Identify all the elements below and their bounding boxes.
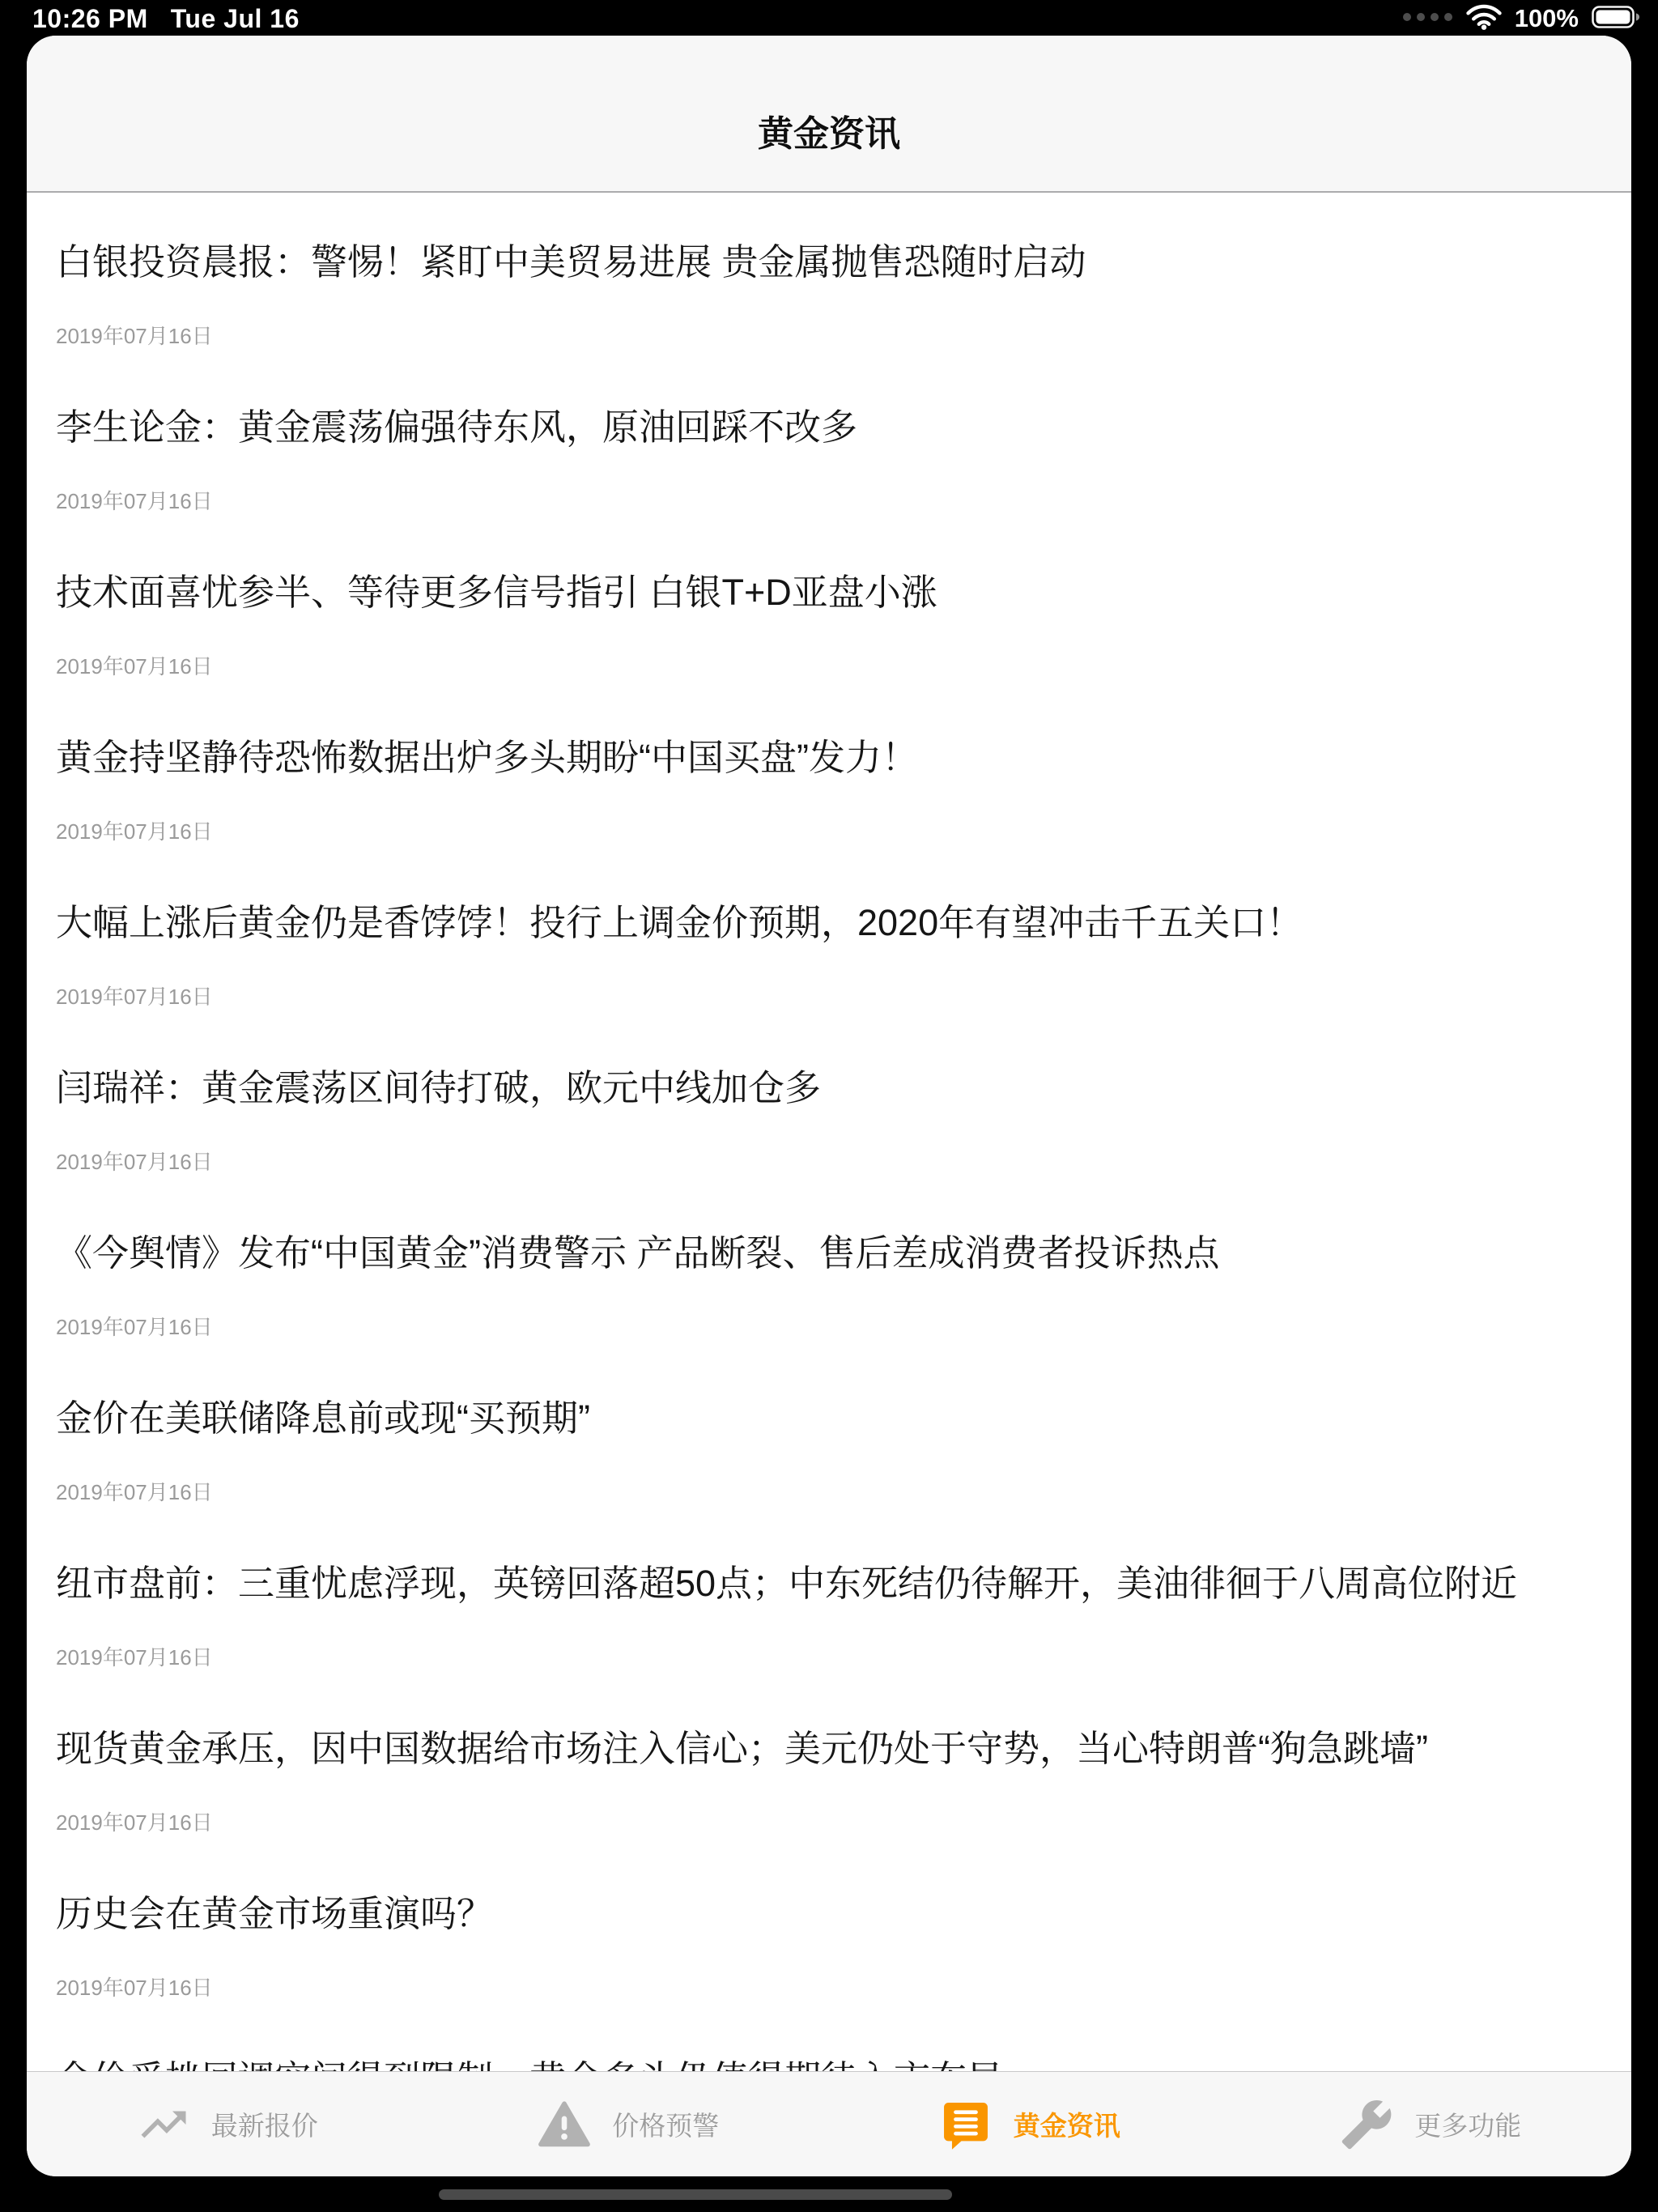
news-item[interactable]: 金价在美联储降息前或现“买预期” 2019年07月16日	[27, 1349, 1631, 1514]
news-title: 技术面喜忧参半、等待更多信号指引 白银T+D亚盘小涨	[56, 570, 1602, 615]
news-item[interactable]: 黄金持坚静待恐怖数据出炉多头期盼“中国买盘”发力！ 2019年07月16日	[27, 688, 1631, 853]
news-date: 2019年07月16日	[56, 1313, 1602, 1341]
news-title: 李生论金：黄金震荡偏强待东风，原油回踩不改多	[56, 405, 1602, 450]
tab-latest-quotes[interactable]: 最新报价	[27, 2072, 428, 2176]
news-title: 黄金持坚静待恐怖数据出炉多头期盼“中国买盘”发力！	[56, 735, 1602, 781]
tab-gold-news[interactable]: 黄金资讯	[829, 2072, 1231, 2176]
news-date: 2019年07月16日	[56, 818, 1602, 845]
news-item[interactable]: 纽市盘前：三重忧虑浮现，英镑回落超50点；中东死结仍待解开，美油徘徊于八周高位附…	[27, 1514, 1631, 1679]
tab-label: 最新报价	[211, 2105, 318, 2143]
trending-up-icon	[137, 2098, 190, 2151]
news-item[interactable]: 技术面喜忧参半、等待更多信号指引 白银T+D亚盘小涨 2019年07月16日	[27, 523, 1631, 688]
status-date: Tue Jul 16	[171, 4, 300, 34]
news-date: 2019年07月16日	[56, 983, 1602, 1010]
tab-bar: 最新报价 价格预警 黄金资讯	[27, 2071, 1631, 2176]
news-item[interactable]: 《今舆情》发布“中国黄金”消费警示 产品断裂、售后差成消费者投诉热点 2019年…	[27, 1184, 1631, 1349]
news-title: 金价在美联储降息前或现“买预期”	[56, 1396, 1602, 1441]
news-date: 2019年07月16日	[56, 322, 1602, 350]
status-time: 10:26 PM	[32, 4, 148, 34]
tab-label: 更多功能	[1414, 2105, 1521, 2143]
news-date: 2019年07月16日	[56, 487, 1602, 515]
news-date: 2019年07月16日	[56, 1809, 1602, 1836]
news-item[interactable]: 大幅上涨后黄金仍是香饽饽！投行上调金价预期，2020年有望冲击千五关口！ 201…	[27, 853, 1631, 1019]
news-item[interactable]: 现货黄金承压，因中国数据给市场注入信心；美元仍处于守势，当心特朗普“狗急跳墙” …	[27, 1679, 1631, 1844]
news-item-partial[interactable]: 金价受挫回调空间得到限制，黄金多头仍值得期待入市布局	[27, 2010, 1631, 2071]
news-item[interactable]: 闫瑞祥：黄金震荡区间待打破，欧元中线加仓多 2019年07月16日	[27, 1019, 1631, 1184]
warning-icon	[538, 2098, 591, 2151]
battery-icon	[1592, 5, 1642, 33]
wrench-icon	[1340, 2098, 1393, 2151]
news-title: 现货黄金承压，因中国数据给市场注入信心；美元仍处于守势，当心特朗普“狗急跳墙”	[56, 1726, 1602, 1772]
news-title: 纽市盘前：三重忧虑浮现，英镑回落超50点；中东死结仍待解开，美油徘徊于八周高位附…	[56, 1561, 1602, 1606]
news-item[interactable]: 李生论金：黄金震荡偏强待东风，原油回踩不改多 2019年07月16日	[27, 358, 1631, 523]
news-date: 2019年07月16日	[56, 1478, 1602, 1506]
news-title: 金价受挫回调空间得到限制，黄金多头仍值得期待入市布局	[56, 2057, 1602, 2071]
battery-percent: 100%	[1515, 4, 1579, 33]
news-date: 2019年07月16日	[56, 1974, 1602, 2001]
wifi-icon	[1466, 3, 1502, 34]
tab-label: 价格预警	[612, 2105, 719, 2143]
news-title: 白银投资晨报：警惕！紧盯中美贸易进展 贵金属抛售恐随时启动	[56, 240, 1602, 285]
nav-bar: 黄金资讯	[27, 36, 1631, 193]
news-date: 2019年07月16日	[56, 1148, 1602, 1176]
news-bubble-icon	[939, 2098, 993, 2151]
news-title: 大幅上涨后黄金仍是香饽饽！投行上调金价预期，2020年有望冲击千五关口！	[56, 900, 1602, 946]
news-list[interactable]: 白银投资晨报：警惕！紧盯中美贸易进展 贵金属抛售恐随时启动 2019年07月16…	[27, 193, 1631, 2071]
news-item[interactable]: 历史会在黄金市场重演吗？ 2019年07月16日	[27, 1844, 1631, 2010]
page-title: 黄金资讯	[758, 113, 900, 155]
status-bar: 10:26 PM Tue Jul 16 100%	[0, 0, 1658, 36]
news-title: 闫瑞祥：黄金震荡区间待打破，欧元中线加仓多	[56, 1066, 1602, 1111]
news-title: 历史会在黄金市场重演吗？	[56, 1891, 1602, 1937]
news-date: 2019年07月16日	[56, 653, 1602, 680]
news-title: 《今舆情》发布“中国黄金”消费警示 产品断裂、售后差成消费者投诉热点	[56, 1231, 1602, 1276]
news-item[interactable]: 白银投资晨报：警惕！紧盯中美贸易进展 贵金属抛售恐随时启动 2019年07月16…	[27, 193, 1631, 358]
cellular-dots-icon	[1402, 11, 1453, 26]
app-window: 黄金资讯 白银投资晨报：警惕！紧盯中美贸易进展 贵金属抛售恐随时启动 2019年…	[27, 36, 1631, 2176]
news-date: 2019年07月16日	[56, 1644, 1602, 1671]
tab-label: 黄金资讯	[1014, 2105, 1120, 2143]
tab-price-alert[interactable]: 价格预警	[428, 2072, 830, 2176]
home-indicator[interactable]	[439, 2189, 952, 2200]
tab-more-features[interactable]: 更多功能	[1231, 2072, 1632, 2176]
